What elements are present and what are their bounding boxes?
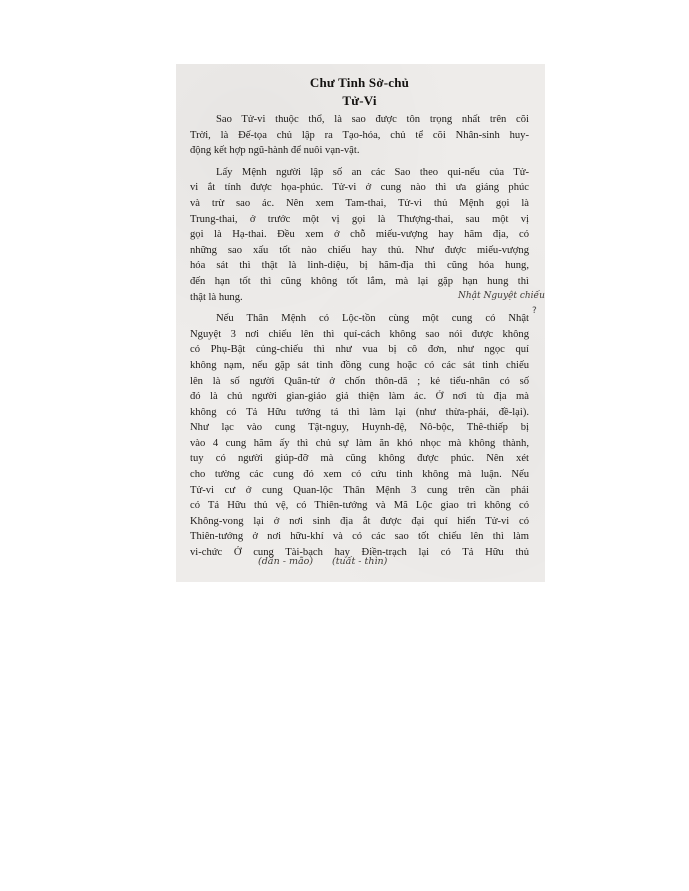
text-line: đến hạn tốt thì cũng không tốt lắm, mà l… bbox=[190, 274, 529, 290]
text-line: vào 4 cung hãm ấy thì chủ sự làm ăn khó … bbox=[190, 436, 529, 452]
paragraph-3: Nếu Thân Mệnh có Lộc-tồn cùng một cung c… bbox=[190, 311, 529, 561]
text-line: vi ắt tính được họa-phúc. Tử-vi ở cung n… bbox=[190, 180, 529, 196]
text-line: Không-vong lại ở nơi sinh địa ắt được đạ… bbox=[190, 514, 529, 530]
text-line: Lấy Mệnh người lập số an các Sao theo qu… bbox=[190, 165, 529, 181]
handwritten-margin-note: Nhật Nguyệt chiếu bbox=[458, 291, 545, 301]
text-line: động kết hợp ngũ-hành để nuôi vạn-vật. bbox=[190, 143, 529, 159]
text-line: cho tường các cung đó xem có cứu tinh kh… bbox=[190, 467, 529, 483]
scanned-page: Chư Tinh Sở-chủ Tử-Vi Sao Tử-vi thuộc th… bbox=[176, 64, 545, 582]
text-line: Tử-vi cư ở cung Quan-lộc Thân Mệnh 3 cun… bbox=[190, 483, 529, 499]
text-line: không nạm, nếu gặp sát tinh đồng cung ho… bbox=[190, 358, 529, 374]
text-line: Nguyệt 3 nơi chiếu lên thì quí-cách khôn… bbox=[190, 327, 529, 343]
text-line: Trời, là Đế-tọa chủ lập ra Tạo-hóa, chủ … bbox=[190, 128, 529, 144]
page-title: Chư Tinh Sở-chủ bbox=[190, 74, 529, 91]
text-line: có Tả Hữu thủ vệ, có Thiên-tướng và Mã L… bbox=[190, 498, 529, 514]
text-line: những sao xấu tốt nào chiếu hay thủ. Như… bbox=[190, 243, 529, 259]
text-line: Trung-thai, ở trước một vị gọi là Thượng… bbox=[190, 212, 529, 228]
text-line: không có Tả Hữu tướng tá thì làm lại (nh… bbox=[190, 405, 529, 421]
text-line: lên là số người Quân-tử ở chốn thôn-dã ;… bbox=[190, 374, 529, 390]
paragraph-1: Sao Tử-vi thuộc thổ, là sao được tôn trọ… bbox=[190, 112, 529, 159]
text-line: Thiên-tướng ở nơi hữu-khí và có các sao … bbox=[190, 529, 529, 545]
handwritten-note-left: (dần - mão) bbox=[258, 556, 313, 567]
handwritten-note-right: (tuất - thìn) bbox=[332, 556, 387, 567]
text-line: Như lạc vào cung Tật-nguy, Huynh-đệ, Nô-… bbox=[190, 420, 529, 436]
text-line: gọi là Hạ-thai. Đều xem ở chỗ miếu-vượng… bbox=[190, 227, 529, 243]
text-line: và trừ sao ác. Nên xem Tam-thai, Tử-vi t… bbox=[190, 196, 529, 212]
page-subtitle: Tử-Vi bbox=[190, 92, 529, 109]
text-line: đó là chủ người gian-giảo giả thiện làm … bbox=[190, 389, 529, 405]
paragraph-2: Lấy Mệnh người lập số an các Sao theo qu… bbox=[190, 165, 529, 305]
text-line: hóa sát thì thật là linh-diệu, bị hãm-đị… bbox=[190, 258, 529, 274]
text-line: Nếu Thân Mệnh có Lộc-tồn cùng một cung c… bbox=[190, 311, 529, 327]
text-line: tuy có người giúp-đỡ mà cũng không được … bbox=[190, 451, 529, 467]
text-line: có Phụ-Bật củng-chiếu thì như vua bị cô … bbox=[190, 342, 529, 358]
handwritten-mark: ? bbox=[532, 306, 537, 316]
text-line: Sao Tử-vi thuộc thổ, là sao được tôn trọ… bbox=[190, 112, 529, 128]
